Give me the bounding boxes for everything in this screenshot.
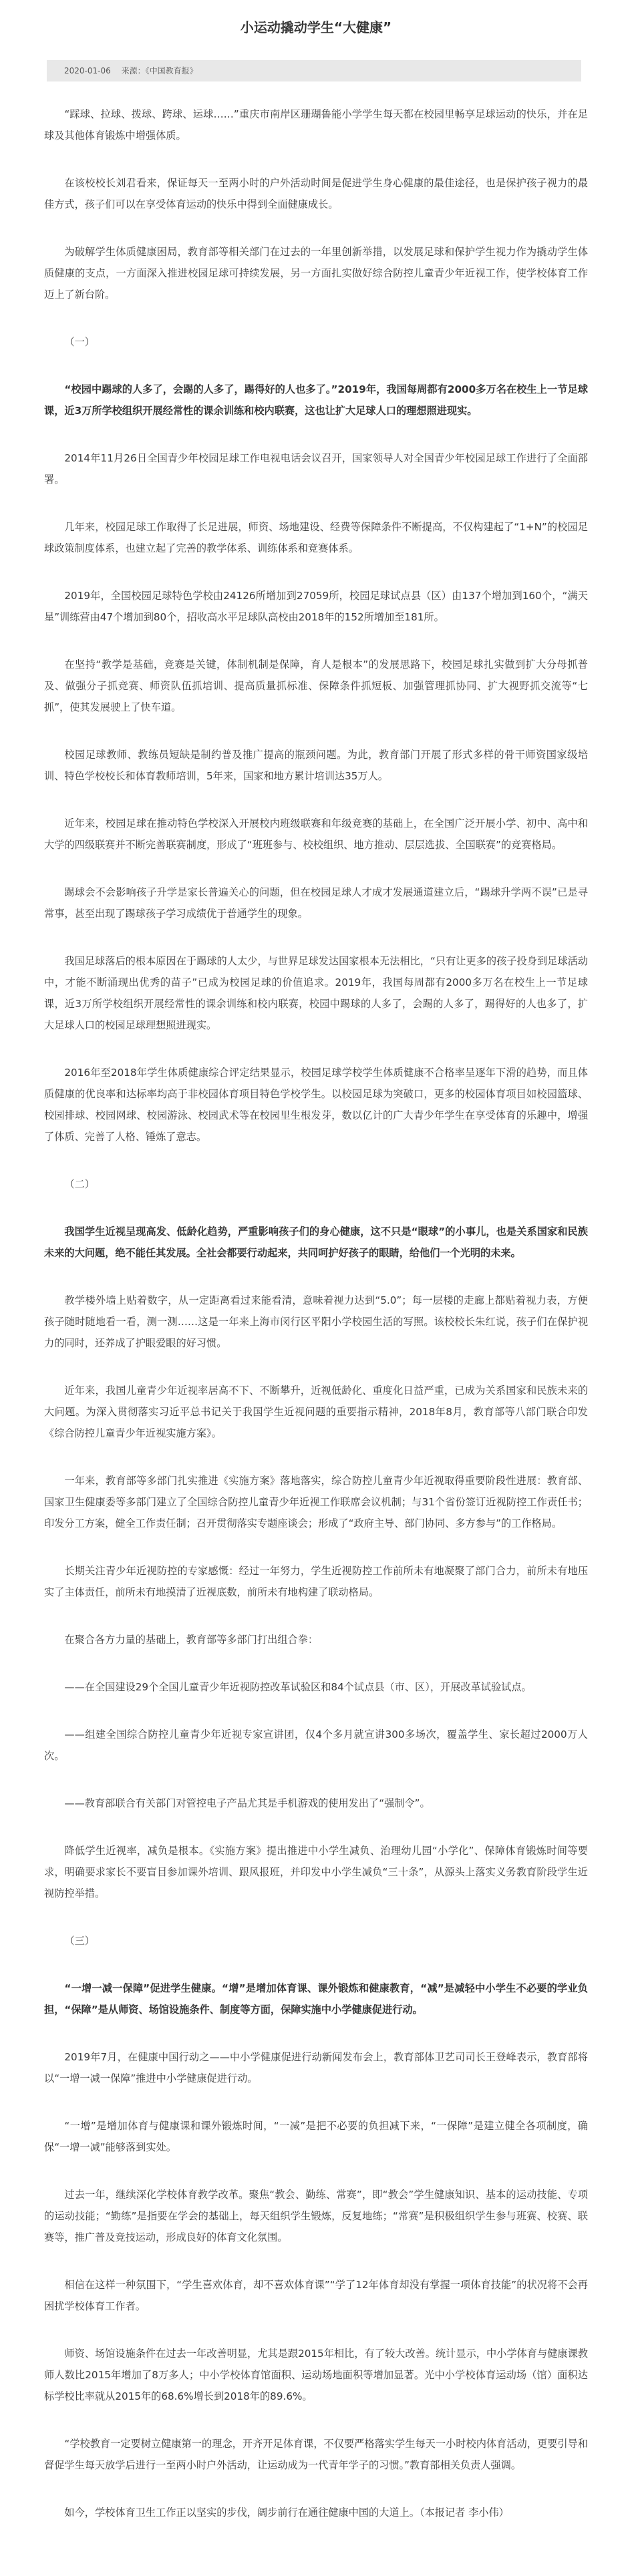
paragraph: “一增”是增加体育与健康课和课外锻炼时间，“一减”是把不必要的负担减下来，“一保… [44, 2115, 588, 2158]
article-body: “踩球、拉球、拨球、跨球、运球……”重庆市南岸区珊瑚鲁能小学学生每天都在校园里畅… [44, 104, 588, 2523]
paragraph: ——教育部联合有关部门对管控电子产品尤其是手机游戏的使用发出了“强制令”。 [44, 1793, 588, 1814]
publish-date: 2020-01-06 [64, 66, 111, 75]
section-heading: （三） [44, 1930, 588, 1952]
paragraph: 2019年，全国校园足球特色学校由24126所增加到27059所，校园足球试点县… [44, 585, 588, 628]
paragraph: 2014年11月26日全国青少年校园足球工作电视电话会议召开，国家领导人对全国青… [44, 447, 588, 490]
section-heading: （二） [44, 1173, 588, 1195]
paragraph: 在坚持“教学是基础，竞赛是关键，体制机制是保障，育人是根本”的发展思路下，校园足… [44, 654, 588, 718]
paragraph: 为破解学生体质健康困局，教育部等相关部门在过去的一年里创新举措，以发展足球和保护… [44, 241, 588, 305]
section-heading: （一） [44, 331, 588, 353]
paragraph: 近年来，校园足球在推动特色学校深入开展校内班级联赛和年级竞赛的基础上，在全国广泛… [44, 813, 588, 856]
paragraph: 降低学生近视率，减负是根本。《实施方案》提出推进中小学生减负、治理幼儿园“小学化… [44, 1840, 588, 1904]
paragraph: 近年来，我国儿童青少年近视率居高不下、不断攀升，近视低龄化、重度化日益严重，已成… [44, 1380, 588, 1444]
paragraph: 教学楼外墙上贴着数字，从一定距离看过来能看清，意味着视力达到“5.0”；每一层楼… [44, 1290, 588, 1354]
lead-paragraph: “校园中踢球的人多了，会踢的人多了，踢得好的人也多了。”2019年，我国每周都有… [44, 379, 588, 421]
article-source: 来源：《中国教育报》 [122, 66, 198, 75]
lead-paragraph: 我国学生近视呈现高发、低龄化趋势，严重影响孩子们的身心健康，这不只是“眼球”的小… [44, 1221, 588, 1264]
paragraph: “学校教育一定要树立健康第一的理念，开齐开足体育课，不仅要严格落实学生每天一小时… [44, 2433, 588, 2476]
paragraph: “踩球、拉球、拨球、跨球、运球……”重庆市南岸区珊瑚鲁能小学学生每天都在校园里畅… [44, 104, 588, 146]
paragraph: 校园足球教师、教练员短缺是制约普及推广提高的瓶颈问题。为此，教育部门开展了形式多… [44, 744, 588, 787]
paragraph: 师资、场馆设施条件在过去一年改善明显，尤其是跟2015年相比，有了较大改善。统计… [44, 2343, 588, 2407]
paragraph: 几年来，校园足球工作取得了长足进展，师资、场地建设、经费等保障条件不断提高，不仅… [44, 516, 588, 559]
article-title: 小运动撬动学生“大健康” [44, 17, 588, 37]
paragraph: 在该校校长刘君看来，保证每天一至两小时的户外活动时间是促进学生身心健康的最佳途径… [44, 172, 588, 215]
article-meta-bar: 2020-01-06 来源：《中国教育报》 [47, 60, 581, 81]
paragraph: 在聚合各方力量的基础上，教育部等多部门打出组合拳： [44, 1629, 588, 1650]
paragraph: ——在全国建设29个全国儿童青少年近视防控改革试验区和84个试点县（市、区），开… [44, 1676, 588, 1698]
paragraph: 长期关注青少年近视防控的专家感慨：经过一年努力，学生近视防控工作前所未有地凝聚了… [44, 1560, 588, 1603]
paragraph: 相信在这样一种氛围下，“学生喜欢体育，却不喜欢体育课”“学了12年体育却没有掌握… [44, 2274, 588, 2317]
paragraph: 2016年至2018年学生体质健康综合评定结果显示，校园足球学校学生体质健康不合… [44, 1062, 588, 1147]
paragraph: 踢球会不会影响孩子升学是家长普遍关心的问题，但在校园足球人才成才发展通道建立后，… [44, 882, 588, 924]
paragraph: 我国足球落后的根本原因在于踢球的人太少，与世界足球发达国家根本无法相比，“只有让… [44, 950, 588, 1036]
paragraph: 过去一年，继续深化学校体育教学改革。聚焦“教会、勤练、常赛”，即“教会”学生健康… [44, 2184, 588, 2248]
lead-paragraph: “一增一减一保障”促进学生健康。“增”是增加体育课、课外锻炼和健康教育，“减”是… [44, 1978, 588, 2020]
paragraph: 2019年7月，在健康中国行动之——中小学健康促进行动新闻发布会上，教育部体卫艺… [44, 2046, 588, 2089]
paragraph: 一年来，教育部等多部门扎实推进《实施方案》落地落实，综合防控儿童青少年近视取得重… [44, 1470, 588, 1534]
paragraph: ——组建全国综合防控儿童青少年近视专家宣讲团，仅4个多月就宣讲300多场次，覆盖… [44, 1724, 588, 1767]
article: 小运动撬动学生“大健康” 2020-01-06 来源：《中国教育报》 “踩球、拉… [44, 0, 588, 2576]
paragraph: 如今，学校体育卫生工作正以坚实的步伐，阔步前行在通往健康中国的大道上。（本报记者… [44, 2502, 588, 2523]
